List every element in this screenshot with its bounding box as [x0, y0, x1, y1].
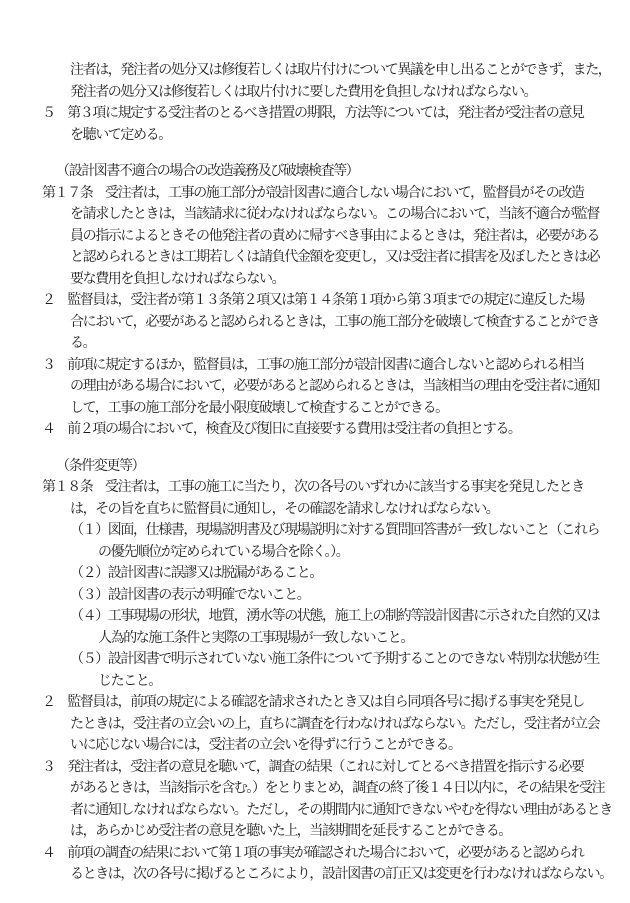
document-line: （３）設計図書の表示が明確でないこと。 [42, 585, 602, 607]
document-line: は，あらかじめ受注者の意見を聴いた上，当該期間を延長することができる。 [42, 821, 602, 843]
document-line: （５）設計図書で明示されていない施工条件について予期することのできない特別な状態… [42, 649, 602, 671]
document-line: いに応じない場合には，受注者の立会いを得ずに行うことができる。 [42, 735, 602, 757]
document-line: して，工事の施工部分を最小限度破壊して検査することができる。 [42, 398, 602, 420]
document-line: ５ 第３項に規定する受注者のとるべき措置の期限，方法等については，発注者が受注者… [42, 103, 602, 125]
document-line: ２ 監督員は，受注者が第１３条第２項又は第１４条第１項から第３項までの規定に違反… [42, 290, 602, 312]
document-line: ４ 前項の調査の結果において第１項の事実が確認された場合において，必要があると認… [42, 843, 602, 865]
document-page: 注者は，発注者の処分又は修復若しくは取片付けについて異議を申し出ることができず，… [0, 0, 630, 903]
document-line: ３ 前項に規定するほか，監督員は，工事の施工部分が設計図書に適合しないと認められ… [42, 355, 602, 377]
document-line: ３ 発注者は，受注者の意見を聴いて，調査の結果（これに対してとるべき措置を指示す… [42, 757, 602, 779]
document-line: る。 [42, 333, 602, 355]
document-line: 発注者の処分又は修復若しくは取片付けに要した費用を負担しなければならない。 [42, 82, 602, 104]
document-line: があるときは，当該指示を含む。）をとりまとめ，調査の終了後１４日以内に，その結果… [42, 778, 602, 800]
article-line: 第１７条 受注者は，工事の施工部分が設計図書に適合しない場合において，監督員がそ… [42, 183, 602, 205]
document-line: （１）図面，仕様書，現場説明書及び現場説明に対する質問回答書が一致しないこと（こ… [42, 520, 602, 542]
document-line: （４）工事現場の形状，地質，湧水等の状態，施工上の制約等設計図書に示された自然的… [42, 606, 602, 628]
document-line: を聴いて定める。 [42, 125, 602, 147]
document-line: の優先順位が定められている場合を除く。）。 [42, 542, 602, 564]
document-line: と認められるときは工期若しくは請負代金額を変更し，又は受注者に損害を及ぼしたとき… [42, 247, 602, 269]
section-heading: （設計図書不適合の場合の改造義務及び破壊検査等） [42, 161, 602, 183]
article-line: 第１８条 受注者は，工事の施工に当たり，次の各号のいずれかに該当する事実を発見し… [42, 477, 602, 499]
document-line: 人為的な施工条件と実際の工事現場が一致しないこと。 [42, 628, 602, 650]
document-line: 合において，必要があると認められるときは，工事の施工部分を破壊して検査することが… [42, 312, 602, 334]
document-line: ２ 監督員は，前項の規定による確認を請求されたとき又は自ら同項各号に掲げる事実を… [42, 692, 602, 714]
document-line: たときは，受注者の立会いの上，直ちに調査を行わなければならない。ただし，受注者が… [42, 714, 602, 736]
section-heading: （条件変更等） [42, 456, 602, 478]
document-line: 要な費用を負担しなければならない。 [42, 269, 602, 291]
document-line: を請求したときは，当該請求に従わなければならない。この場合において，当該不適合が… [42, 204, 602, 226]
document-line: じたこと。 [42, 671, 602, 693]
document-line: 者に通知しなければならない。ただし，その期間内に通知できないやむを得ない理由があ… [42, 800, 602, 822]
document-line: の理由がある場合において，必要があると認められるときは，当該相当の理由を受注者に… [42, 376, 602, 398]
document-line: 注者は，発注者の処分又は修復若しくは取片付けについて異議を申し出ることができず，… [42, 60, 602, 82]
document-line: ４ 前２項の場合において，検査及び復旧に直接要する費用は受注者の負担とする。 [42, 419, 602, 441]
document-line: 員の指示によるときその他発注者の責めに帰すべき事由によるときは，発注者は，必要が… [42, 226, 602, 248]
document-line: （２）設計図書に誤謬又は脱漏があること。 [42, 563, 602, 585]
document-line: るときは，次の各号に掲げるところにより，設計図書の訂正又は変更を行わなければなら… [42, 864, 602, 886]
document-line: は，その旨を直ちに監督員に通知し，その確認を請求しなければならない。 [42, 499, 602, 521]
